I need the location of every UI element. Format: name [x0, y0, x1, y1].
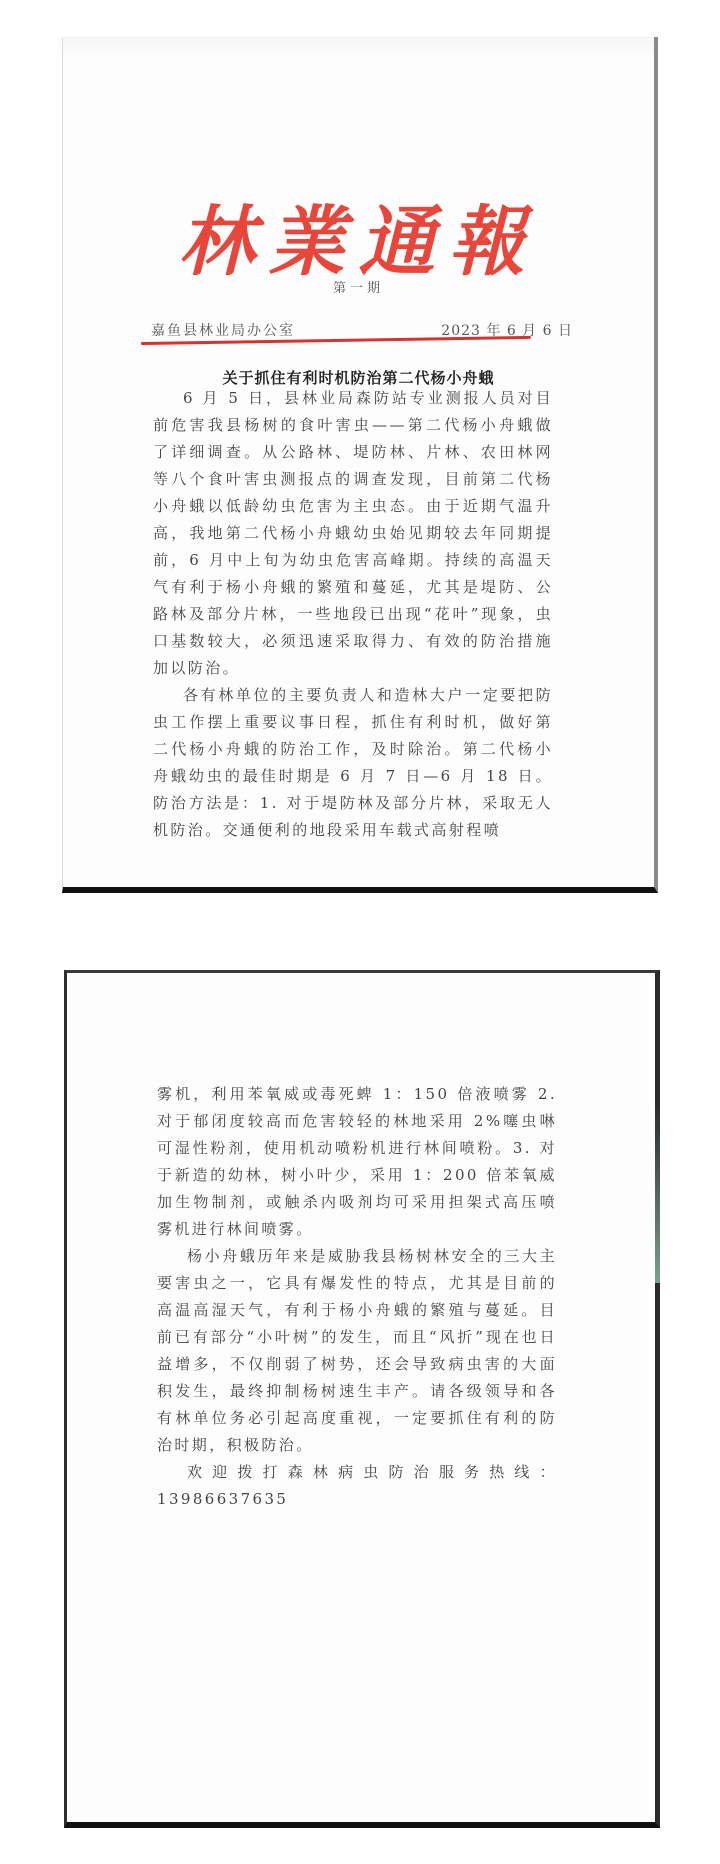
hotline-text: 欢迎拨打森林病虫防治服务热线：13986637635	[157, 1459, 557, 1513]
article-body-page-2: 雾机，利用苯氧威或毒死蜱 1：150 倍液喷雾 2. 对于郁闭度较高而危害较轻的…	[157, 1081, 557, 1513]
document-page-1: 林業通報 第一期 嘉鱼县林业局办公室 2023 年 6 月 6 日 关于抓住有利…	[62, 37, 658, 893]
article-body-page-1: 6 月 5 日，县林业局森防站专业测报人员对目前危害我县杨树的食叶害虫——第二代…	[153, 385, 553, 844]
issuing-office: 嘉鱼县林业局办公室	[151, 320, 295, 340]
issue-number: 第一期	[63, 277, 654, 296]
masthead-title: 林業通報	[63, 197, 654, 287]
document-page-2: 雾机，利用苯氧威或毒死蜱 1：150 倍液喷雾 2. 对于郁闭度较高而危害较轻的…	[64, 970, 660, 1828]
paragraph: 6 月 5 日，县林业局森防站专业测报人员对目前危害我县杨树的食叶害虫——第二代…	[153, 385, 553, 682]
page-edge-shadow	[655, 1103, 660, 1283]
paragraph-continued: 雾机，利用苯氧威或毒死蜱 1：150 倍液喷雾 2. 对于郁闭度较高而危害较轻的…	[157, 1081, 557, 1243]
paragraph: 杨小舟蛾历年来是威胁我县杨树林安全的三大主要害虫之一，它具有爆发性的特点，尤其是…	[157, 1243, 557, 1459]
paragraph: 各有林单位的主要负责人和造林大户一定要把防虫工作摆上重要议事日程，抓住有利时机，…	[153, 682, 553, 844]
